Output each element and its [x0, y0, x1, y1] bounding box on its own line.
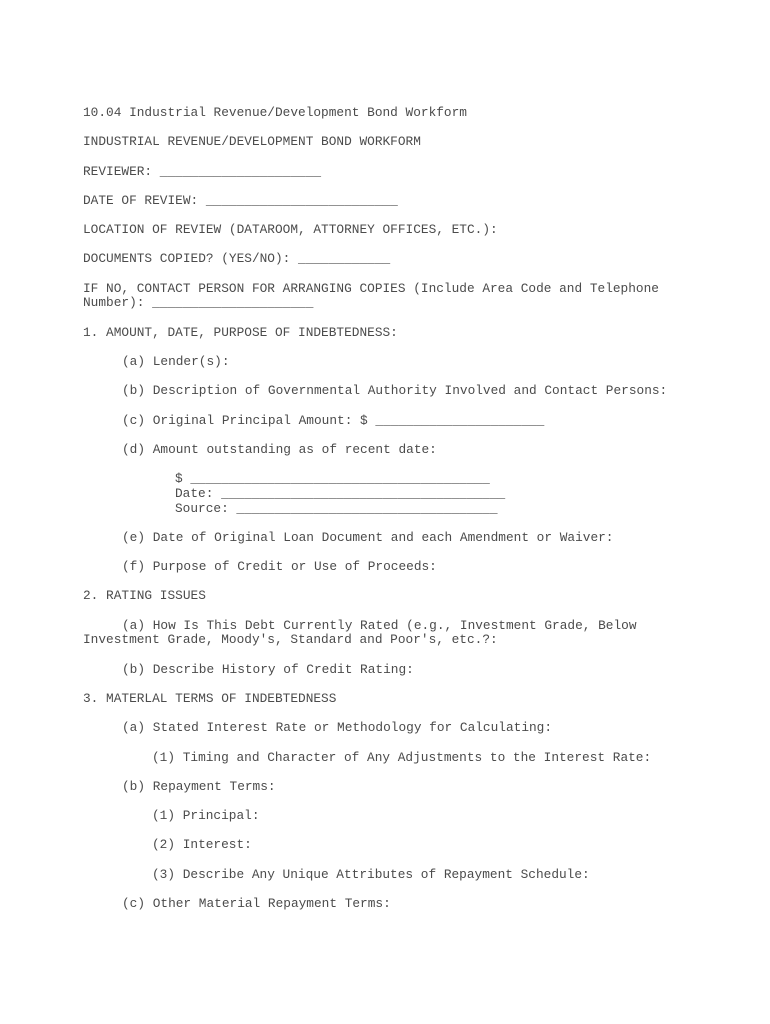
doc-line: 3. MATERLAL TERMS OF INDEBTEDNESS	[83, 692, 683, 707]
doc-line: (b) Repayment Terms:	[83, 780, 683, 795]
doc-line: DATE OF REVIEW: ________________________…	[83, 194, 683, 209]
doc-line: (a) Lender(s):	[83, 355, 683, 370]
doc-line: DOCUMENTS COPIED? (YES/NO): ____________	[83, 252, 683, 267]
doc-line: (a) Stated Interest Rate or Methodology …	[83, 721, 683, 736]
doc-line: (e) Date of Original Loan Document and e…	[83, 531, 683, 546]
doc-line: IF NO, CONTACT PERSON FOR ARRANGING COPI…	[83, 282, 683, 311]
doc-line: (1) Principal:	[83, 809, 683, 824]
doc-line: (1) Timing and Character of Any Adjustme…	[83, 751, 683, 766]
doc-line: (2) Interest:	[83, 838, 683, 853]
doc-line: (b) Describe History of Credit Rating:	[83, 663, 683, 678]
doc-line: (c) Original Principal Amount: $ _______…	[83, 414, 683, 429]
doc-line: 10.04 Industrial Revenue/Development Bon…	[83, 106, 683, 121]
doc-line: REVIEWER: _____________________	[83, 165, 683, 180]
doc-line: (3) Describe Any Unique Attributes of Re…	[83, 868, 683, 883]
doc-line: $ ______________________________________…	[83, 472, 683, 487]
doc-line: (c) Other Material Repayment Terms:	[83, 897, 683, 912]
document-body: 10.04 Industrial Revenue/Development Bon…	[83, 106, 683, 926]
doc-line: LOCATION OF REVIEW (DATAROOM, ATTORNEY O…	[83, 223, 683, 238]
doc-line: 1. AMOUNT, DATE, PURPOSE OF INDEBTEDNESS…	[83, 326, 683, 341]
doc-line: (d) Amount outstanding as of recent date…	[83, 443, 683, 458]
doc-line: Source: ________________________________…	[83, 502, 683, 517]
doc-line: Date: __________________________________…	[83, 487, 683, 502]
doc-line: 2. RATING ISSUES	[83, 589, 683, 604]
doc-line: (f) Purpose of Credit or Use of Proceeds…	[83, 560, 683, 575]
doc-line: INDUSTRIAL REVENUE/DEVELOPMENT BOND WORK…	[83, 135, 683, 150]
doc-line: (b) Description of Governmental Authorit…	[83, 384, 683, 399]
document-page: 10.04 Industrial Revenue/Development Bon…	[0, 0, 770, 1024]
doc-line: (a) How Is This Debt Currently Rated (e.…	[83, 619, 683, 648]
